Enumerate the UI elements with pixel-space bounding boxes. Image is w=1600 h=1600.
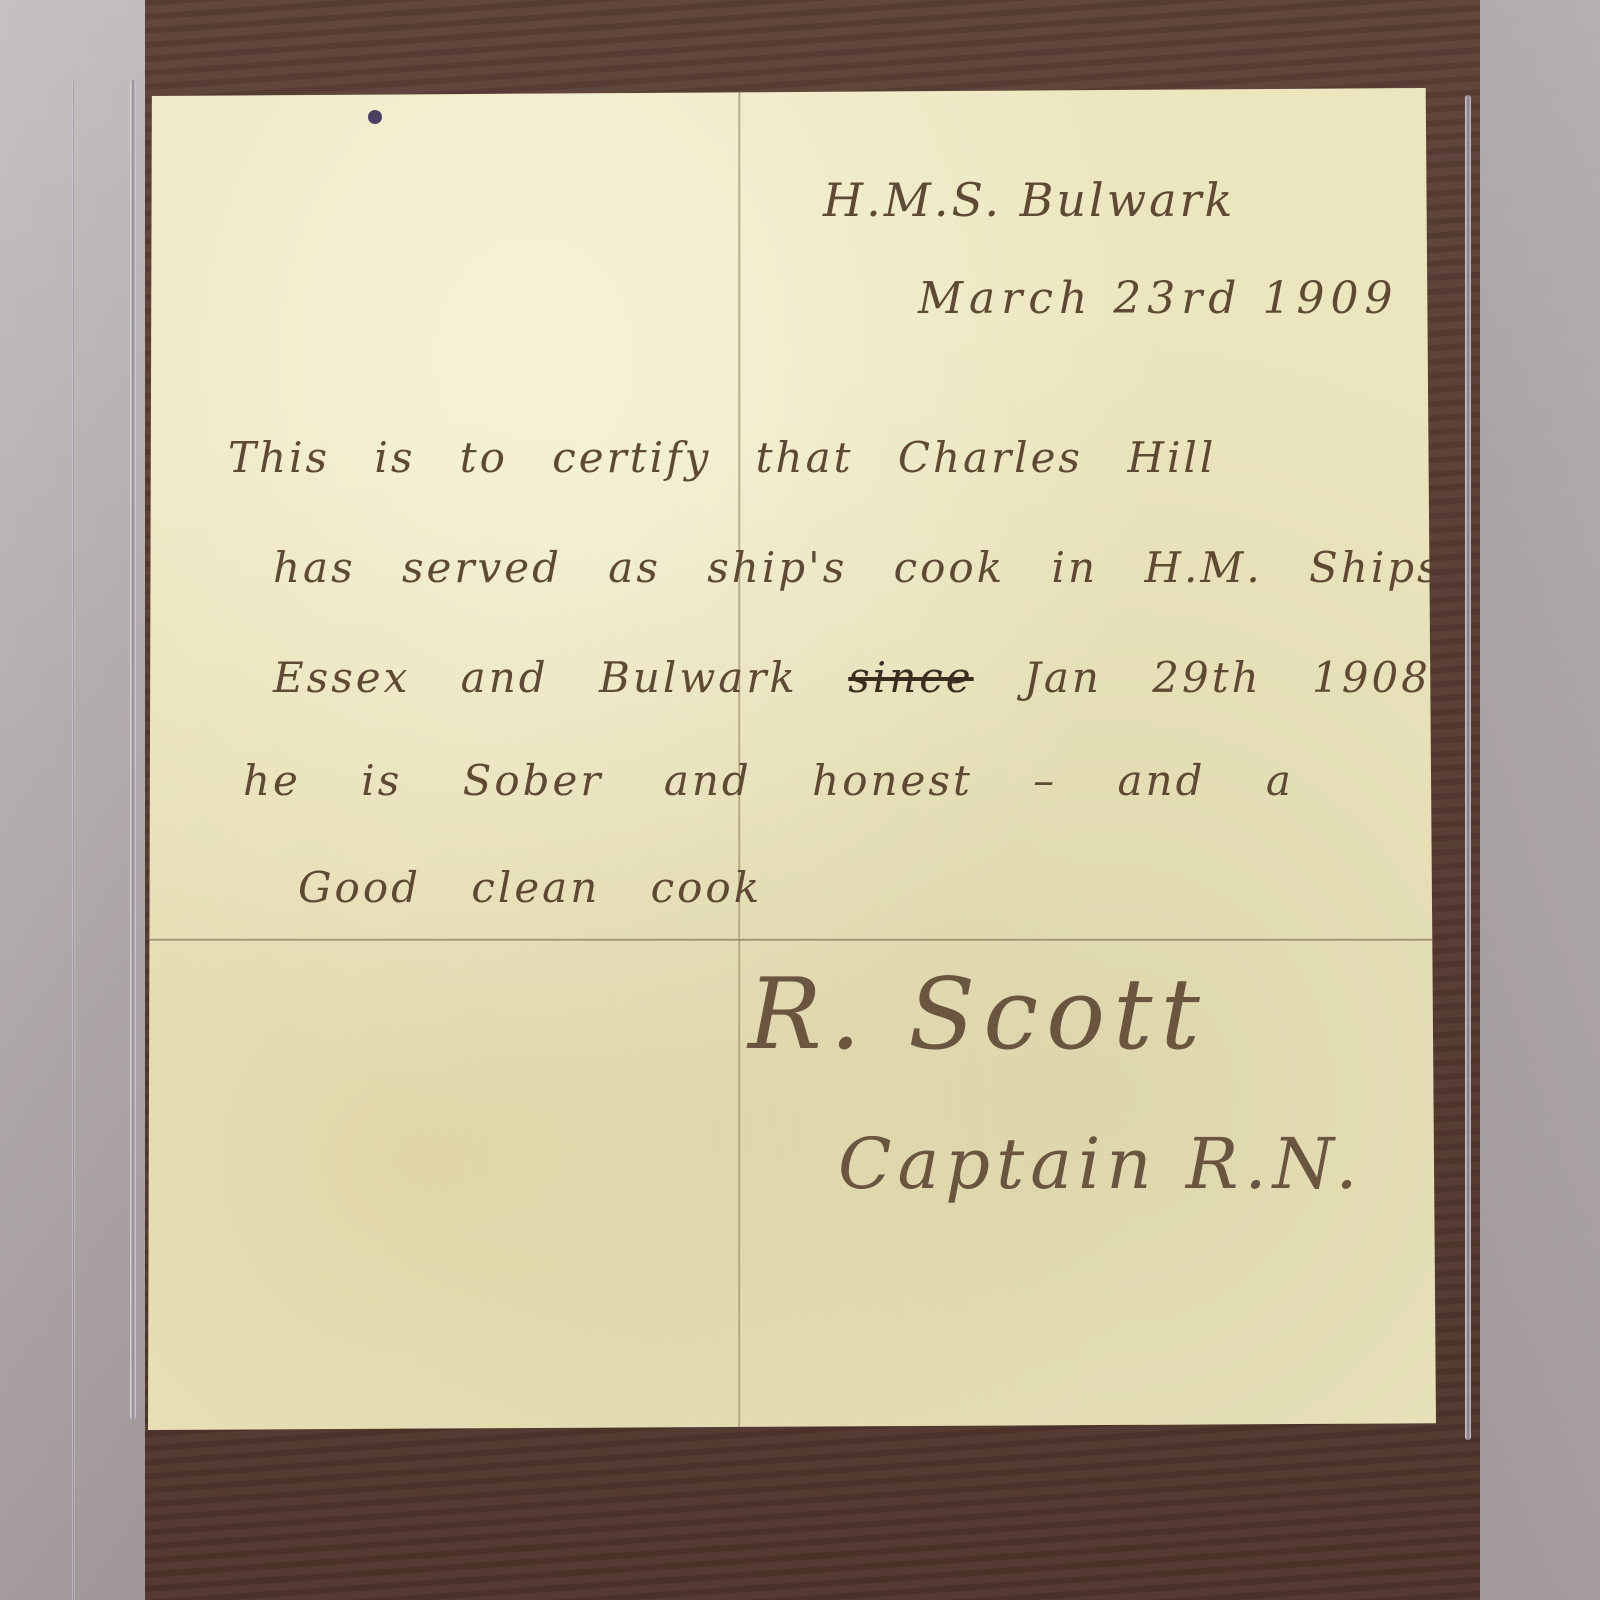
line-3-ships: Essex and Bulwark xyxy=(273,653,798,702)
horizontal-fold-crease xyxy=(148,938,1436,941)
acrylic-case-edge-left xyxy=(130,80,136,1420)
letter-body-line-1: This is to certify that Charles Hill xyxy=(228,433,1216,482)
letter-body-line-2: has served as ship's cook in H.M. Ships xyxy=(273,543,1442,592)
acrylic-case-edge-right xyxy=(1465,95,1471,1440)
letter-paper: H.M.S. Bulwark March 23rd 1909 This is t… xyxy=(148,88,1436,1430)
letter-body-line-4: he is Sober and honest – and a xyxy=(243,756,1294,805)
letter-body-line-5: Good clean cook xyxy=(298,863,762,912)
letter-ship-heading: H.M.S. Bulwark xyxy=(823,173,1235,227)
letter-body-line-3: Essex and Bulwark since Jan 29th 1908 xyxy=(273,653,1431,702)
ink-blot xyxy=(368,110,382,124)
struck-word: since xyxy=(848,653,973,702)
signature: R. Scott xyxy=(748,958,1208,1072)
acrylic-case-edge-outer-left xyxy=(72,80,75,1600)
signatory-title: Captain R.N. xyxy=(838,1123,1364,1205)
service-start-date: Jan 29th 1908 xyxy=(1024,653,1431,702)
letter-date: March 23rd 1909 xyxy=(918,273,1398,324)
